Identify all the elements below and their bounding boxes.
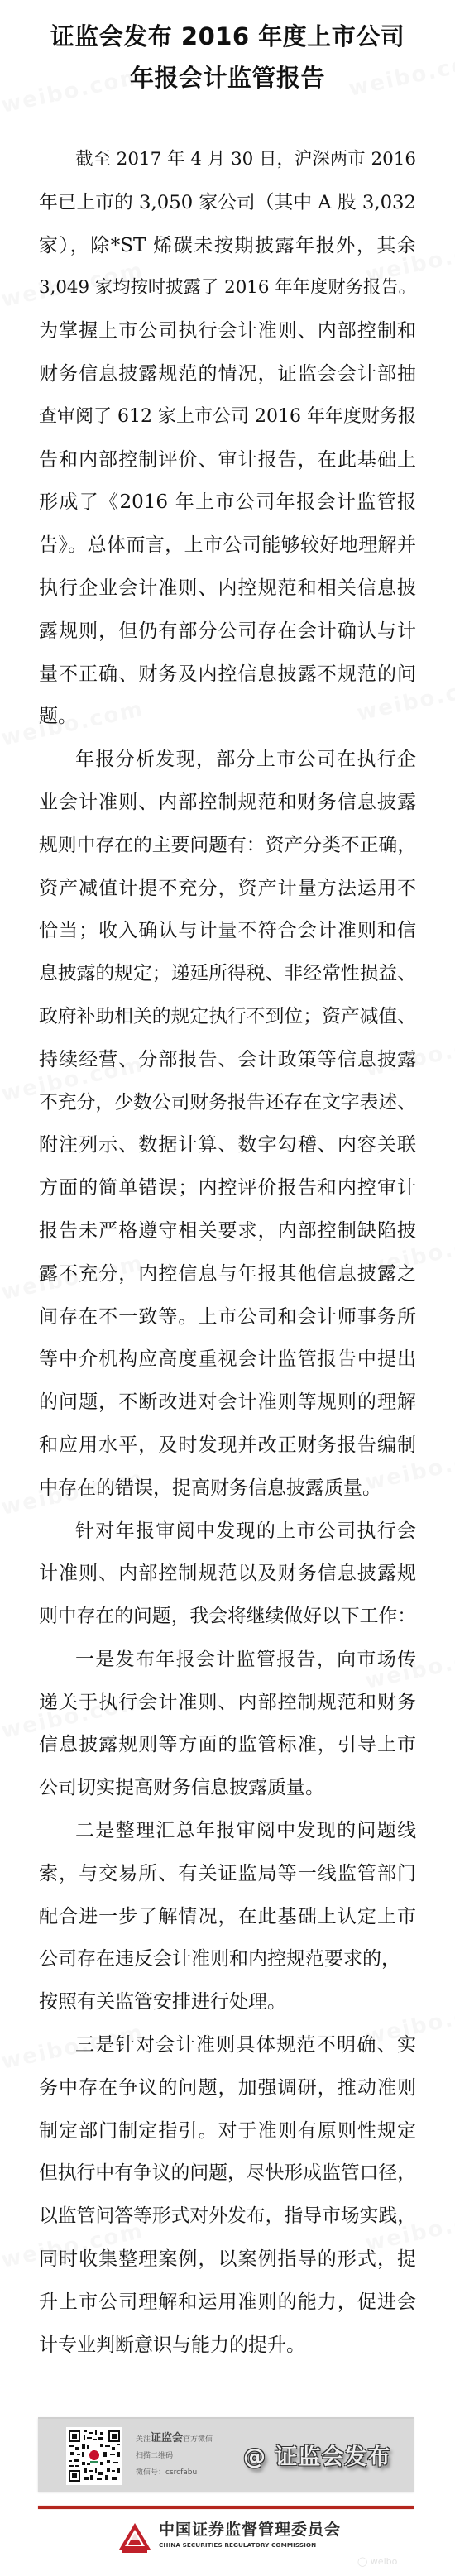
body-line: 不充分，少数公司财务报告还存在文字表述、 — [39, 1090, 416, 1133]
body-line: 露规则，但仍有部分公司存在会计确认与计 — [39, 619, 416, 662]
body-line: 一是发布年报会计监管报告，向市场传 — [39, 1647, 416, 1690]
scan-qr-instruction: 扫描二维码 — [136, 2448, 213, 2464]
body-line: 年已上市的 3,050 家公司（其中 A 股 3,032 — [39, 190, 416, 233]
body-line: 为掌握上市公司执行会计准则、内部控制和 — [39, 318, 416, 362]
body-line: 报告未严格遵守相关要求，内部控制缺陷披 — [39, 1219, 416, 1262]
csrc-logo-icon — [117, 2521, 152, 2554]
body-line: 二是整理汇总年报审阅中发现的问题线 — [39, 1818, 416, 1861]
body-line: 递关于执行会计准则、内部控制规范和财务 — [39, 1690, 416, 1733]
follow-suffix: 官方微信 — [183, 2435, 213, 2444]
body-line: 持续经营、分部报告、会计政策等信息披露 — [39, 1047, 416, 1090]
body-line: 三是针对会计准则具体规范不明确、实 — [39, 2033, 416, 2076]
body-line: 查审阅了 612 家上市公司 2016 年年度财务报 — [39, 405, 416, 448]
body-line: 量不正确、财务及内控信息披露不规范的问 — [39, 662, 416, 705]
article-title-line-1: 证监会发布 2016 年度上市公司 — [0, 22, 455, 50]
body-line: 制定部门制定指引。对于准则有原则性规定 — [39, 2119, 416, 2162]
body-line: 信息披露规则等方面的监管标准，引导上市 — [39, 1732, 416, 1775]
body-line: 中存在的错误，提高财务信息披露质量。 — [39, 1476, 416, 1519]
article-title-line-2: 年报会计监管报告 — [0, 64, 455, 92]
article-page: weibo.com weibo.com weibo.com weibo.com … — [0, 0, 455, 2576]
follow-prefix: 关注 — [136, 2435, 151, 2444]
article-body: 截至 2017 年 4 月 30 日，沪深两市 2016年已上市的 3,050 … — [39, 147, 416, 2375]
red-divider — [38, 2506, 414, 2509]
csrc-name-en: CHINA SECURITIES REGULATORY COMMISSION — [159, 2541, 316, 2550]
body-line: 配合进一步了解情况，在此基础上认定上市 — [39, 1904, 416, 1947]
body-line: 告和内部控制评价、审计报告，在此基础上 — [39, 448, 416, 491]
body-line: 露不充分，内控信息与年报其他信息披露之 — [39, 1262, 416, 1305]
body-line: 规则中存在的主要问题有：资产分类不正确， — [39, 833, 416, 876]
body-line: 公司切实提高财务信息披露质量。 — [39, 1775, 416, 1818]
body-line: 3,049 家均按时披露了 2016 年年度财务报告。 — [39, 275, 416, 318]
body-line: 形成了《2016 年上市公司年报会计监管报 — [39, 490, 416, 533]
body-line: 财务信息披露规范的情况，证监会会计部抽 — [39, 362, 416, 405]
csrc-name-zh: 中国证券监督管理委员会 — [159, 2520, 341, 2540]
body-line: 以监管问答等形式对外发布，指导市场实践， — [39, 2204, 416, 2247]
body-line: 资产减值计提不充分，资产计量方法运用不 — [39, 876, 416, 919]
body-line: 的问题，不断改进对会计准则等规则的理解 — [39, 1390, 416, 1433]
csrc-short-name: 证监会 — [151, 2432, 183, 2444]
body-line: 务中存在争议的问题，加强调研，推动准则 — [39, 2076, 416, 2119]
body-line: 计准则、内部控制规范以及财务信息披露规 — [39, 1561, 416, 1604]
body-line: 公司存在违反会计准则和内控规范要求的， — [39, 1946, 416, 1989]
body-line: 题。 — [39, 704, 416, 747]
body-line: 和应用水平，及时发现并改正财务报告编制 — [39, 1433, 416, 1476]
body-line: 按照有关监管安排进行处理。 — [39, 1989, 416, 2033]
body-line: 截至 2017 年 4 月 30 日，沪深两市 2016 — [39, 147, 416, 190]
weibo-watermark-icon: ◯ weibo — [357, 2556, 397, 2567]
body-line: 家），除*ST 烯碳未按期披露年报外，其余 — [39, 233, 416, 276]
body-line: 方面的简单错误；内控评价报告和内控审计 — [39, 1175, 416, 1219]
wechat-follow-text: 关注证监会官方微信 扫描二维码 微信号：csrcfabu — [136, 2430, 213, 2481]
body-line: 针对年报审阅中发现的上市公司执行会 — [39, 1519, 416, 1562]
body-line: 计专业判断意识与能力的提升。 — [39, 2333, 416, 2376]
body-line: 同时收集整理案例，以案例指导的形式，提 — [39, 2247, 416, 2290]
wechat-follow-card: 关注证监会官方微信 扫描二维码 微信号：csrcfabu @ 证监会发布 — [38, 2417, 414, 2492]
body-line: 恰当；收入确认与计量不符合会计准则和信 — [39, 918, 416, 961]
body-line: 但执行中有争议的问题，尽快形成监管口径， — [39, 2161, 416, 2204]
body-line: 等中介机构应高度重视会计监管报告中提出 — [39, 1347, 416, 1390]
body-line: 间存在不一致等。上市公司和会计师事务所 — [39, 1305, 416, 1348]
body-line: 年报分析发现，部分上市公司在执行企 — [39, 747, 416, 790]
wechat-id: 微信号：csrcfabu — [136, 2464, 213, 2481]
body-line: 息披露的规定；递延所得税、非经常性损益、 — [39, 961, 416, 1004]
body-line: 索，与交易所、有关证监局等一线监管部门 — [39, 1861, 416, 1904]
body-line: 政府补助相关的规定执行不到位；资产减值、 — [39, 1004, 416, 1047]
body-line: 告》。总体而言，上市公司能够较好地理解并 — [39, 533, 416, 576]
body-line: 附注列示、数据计算、数字勾稽、内容关联 — [39, 1132, 416, 1175]
body-line: 业会计准则、内部控制规范和财务信息披露 — [39, 790, 416, 833]
body-line: 升上市公司理解和运用准则的能力，促进会 — [39, 2290, 416, 2333]
weibo-handle[interactable]: @ 证监会发布 — [243, 2439, 390, 2471]
body-line: 执行企业会计准则、内控规范和相关信息披 — [39, 576, 416, 619]
body-line: 则中存在的问题，我会将继续做好以下工作： — [39, 1604, 416, 1647]
qr-code-icon[interactable] — [66, 2427, 122, 2485]
